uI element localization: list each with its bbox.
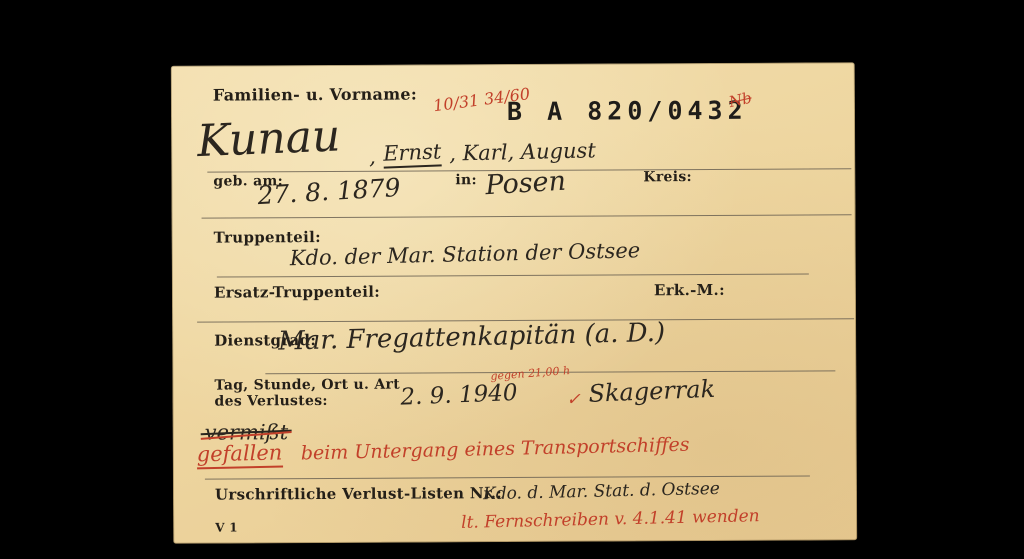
form-code: V 1 (215, 520, 238, 534)
scan-background: { "window": { "background": "#000000" },… (0, 0, 1024, 559)
rule-line (202, 214, 852, 218)
name-separator: , (369, 145, 376, 169)
kreis-label: Kreis: (643, 169, 692, 185)
loss-label-line2: des Verlustes: (214, 393, 327, 410)
loss-status-red: gefallen (196, 440, 282, 469)
red-scribble: Nb (727, 89, 753, 111)
loss-list-label: Urschriftliche Verlust-Listen Nr.: (215, 484, 502, 504)
unit-handwritten: Kdo. der Mar. Station der Ostsee (290, 238, 641, 270)
stamp-number: B A 820/0432 (507, 96, 748, 126)
given-names-rest: , Karl, August (449, 138, 596, 165)
in-label: in: (455, 172, 477, 188)
replacement-unit-label: Ersatz-Truppenteil: (214, 283, 380, 302)
idtag-label: Erk.-M.: (654, 281, 725, 299)
birthplace-handwritten: Posen (485, 166, 567, 202)
loss-label-line1: Tag, Stunde, Ort u. Art (214, 377, 400, 394)
name-field-label: Familien- u. Vorname: (213, 85, 417, 105)
red-checkmark: ✓ (566, 390, 580, 410)
surname-handwritten: Kunau (196, 110, 341, 167)
rank-handwritten: Mar. Fregattenkapitän (a. D.) (278, 318, 666, 357)
red-note-bottom: lt. Fernschreiben v. 4.1.41 wenden (461, 506, 760, 533)
given-name-first: Ernst (383, 139, 442, 168)
loss-place-handwritten: Skagerrak (588, 375, 716, 408)
loss-date-handwritten: 2. 9. 1940 (400, 380, 518, 411)
loss-cause-red: beim Untergang eines Transportschiffes (301, 434, 690, 465)
loss-list-handwritten: Kdo. d. Mar. Stat. d. Ostsee (483, 479, 720, 504)
rule-line (217, 273, 809, 277)
unit-label: Truppenteil: (214, 228, 321, 247)
loss-record-card: Familien- u. Vorname: 10/31 34/60 B A 82… (171, 62, 857, 544)
